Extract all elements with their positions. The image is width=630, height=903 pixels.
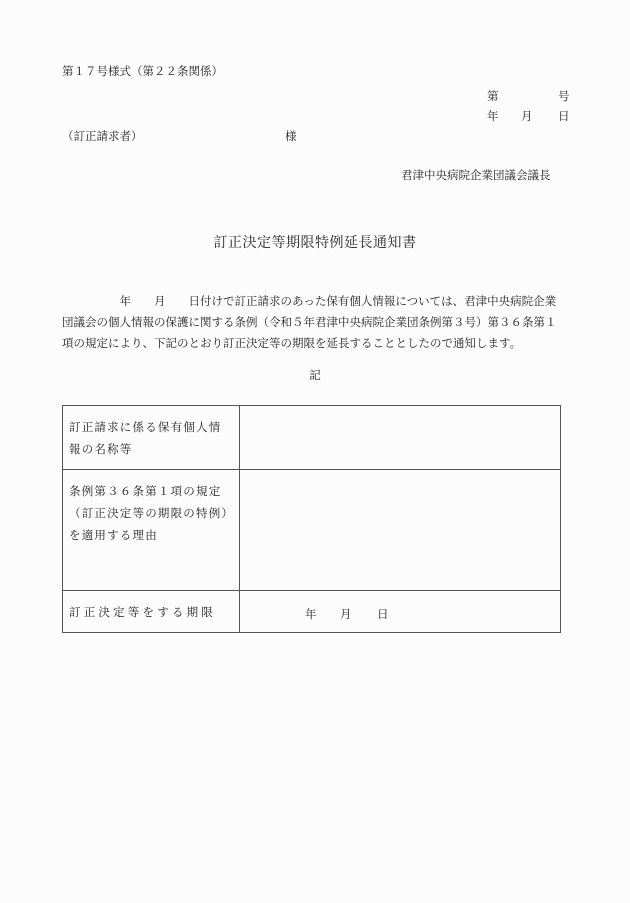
body-line: 年 月 日付けで訂正請求のあった保有個人情報については、君津中央病院企業 xyxy=(62,291,572,312)
details-table: 訂正請求に係る保有個人情 報の名称等 条例第３６条第１項の規定 （訂正決定等の期… xyxy=(62,405,561,633)
document-number-suffix: 号 xyxy=(558,91,570,103)
deadline-year-label: 年 xyxy=(305,606,317,622)
label-line: を適用する理由 xyxy=(69,524,233,546)
form-number: 第１７号様式（第２２条関係） xyxy=(62,66,223,78)
row-label-reason: 条例第３６条第１項の規定 （訂正決定等の期限の特例） を適用する理由 xyxy=(63,470,240,591)
label-line: （訂正決定等の期限の特例） xyxy=(69,502,233,524)
deadline-field[interactable]: 年 月 日 xyxy=(240,591,561,633)
label-line: 訂正請求に係る保有個人情 xyxy=(69,416,233,438)
document-title: 訂正決定等期限特例延長通知書 xyxy=(0,236,630,250)
table-row: 訂正決定等をする期限 年 月 日 xyxy=(63,591,561,633)
body-paragraph: 年 月 日付けで訂正請求のあった保有個人情報については、君津中央病院企業 団議会… xyxy=(62,291,572,354)
reason-field[interactable] xyxy=(240,470,561,591)
recipient-label: （訂正請求者） xyxy=(62,131,143,143)
label-line: 条例第３６条第１項の規定 xyxy=(69,480,233,502)
row-label-info-name: 訂正請求に係る保有個人情 報の名称等 xyxy=(63,406,240,470)
body-line: 項の規定により、下記のとおり訂正決定等の期限を延長することとしたので通知します。 xyxy=(62,333,572,354)
table-row: 訂正請求に係る保有個人情 報の名称等 xyxy=(63,406,561,470)
document-number-prefix: 第 xyxy=(487,91,499,103)
issue-date-month: 月 xyxy=(521,111,533,123)
issue-date-day: 日 xyxy=(558,111,570,123)
deadline-day-label: 日 xyxy=(377,606,389,622)
deadline-month-label: 月 xyxy=(340,606,352,622)
issue-date-year: 年 xyxy=(487,111,499,123)
recipient-honorific: 様 xyxy=(285,131,297,143)
sender-name: 君津中央病院企業団議会議長 xyxy=(401,170,551,182)
info-name-field[interactable] xyxy=(240,406,561,470)
label-line: 訂正決定等をする期限 xyxy=(69,601,233,623)
table-row: 条例第３６条第１項の規定 （訂正決定等の期限の特例） を適用する理由 xyxy=(63,470,561,591)
label-line: 報の名称等 xyxy=(69,438,233,460)
body-line: 団議会の個人情報の保護に関する条例（令和５年君津中央病院企業団条例第３号）第３６… xyxy=(62,312,572,333)
row-label-deadline: 訂正決定等をする期限 xyxy=(63,591,240,633)
ki-heading: 記 xyxy=(0,370,630,382)
